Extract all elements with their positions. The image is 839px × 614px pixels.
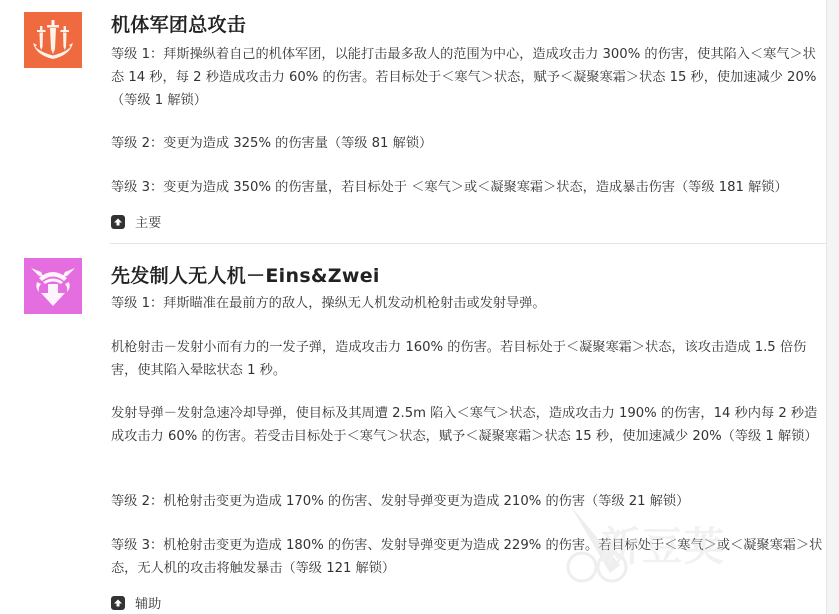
arrow-up-icon <box>111 215 125 229</box>
skill-description: 发射导弹－发射急速冷却导弹，使目标及其周遭 2.5m 陷入＜寒气＞状态，造成攻击… <box>111 402 823 448</box>
skill-type-tag: 主要 <box>111 212 161 231</box>
drone-arrow-down-icon <box>24 258 82 314</box>
arrow-up-icon <box>111 596 125 610</box>
skill-list: 机体军团总攻击 等级 1：拜斯操纵着自己的机体军团，以能打击最多敌人的范围为中心… <box>0 0 826 614</box>
skill-type-tag: 辅助 <box>111 593 161 612</box>
skill-type-label: 辅助 <box>135 593 161 612</box>
skill-title: 机体军团总攻击 <box>111 10 246 37</box>
skill-description: 等级 2：变更为造成 325% 的伤害量（等级 81 解锁） <box>111 132 823 155</box>
skill-type-label: 主要 <box>135 212 161 231</box>
skill-description: 等级 1：拜斯瞄准在最前方的敌人，操纵无人机发动机枪射击或发射导弹。 <box>111 292 823 315</box>
skill-title: 先发制人无人机－Eins&Zwei <box>111 261 380 288</box>
scrollbar-track[interactable] <box>826 0 839 614</box>
skill-description: 机枪射击－发射小而有力的一发子弹，造成攻击力 160% 的伤害。若目标处于＜凝聚… <box>111 336 823 382</box>
divider <box>110 243 826 244</box>
skill-description: 等级 3：变更为造成 350% 的伤害量，若目标处于 ＜寒气＞或＜凝聚寒霜＞状态… <box>111 176 823 199</box>
skill-description: 等级 1：拜斯操纵着自己的机体军团，以能打击最多敌人的范围为中心，造成攻击力 3… <box>111 43 823 112</box>
swords-icon <box>24 12 82 68</box>
skill-description: 等级 2：机枪射击变更为造成 170% 的伤害、发射导弹变更为造成 210% 的… <box>111 490 823 513</box>
skill-description: 等级 3：机枪射击变更为造成 180% 的伤害、发射导弹变更为造成 229% 的… <box>111 534 823 580</box>
